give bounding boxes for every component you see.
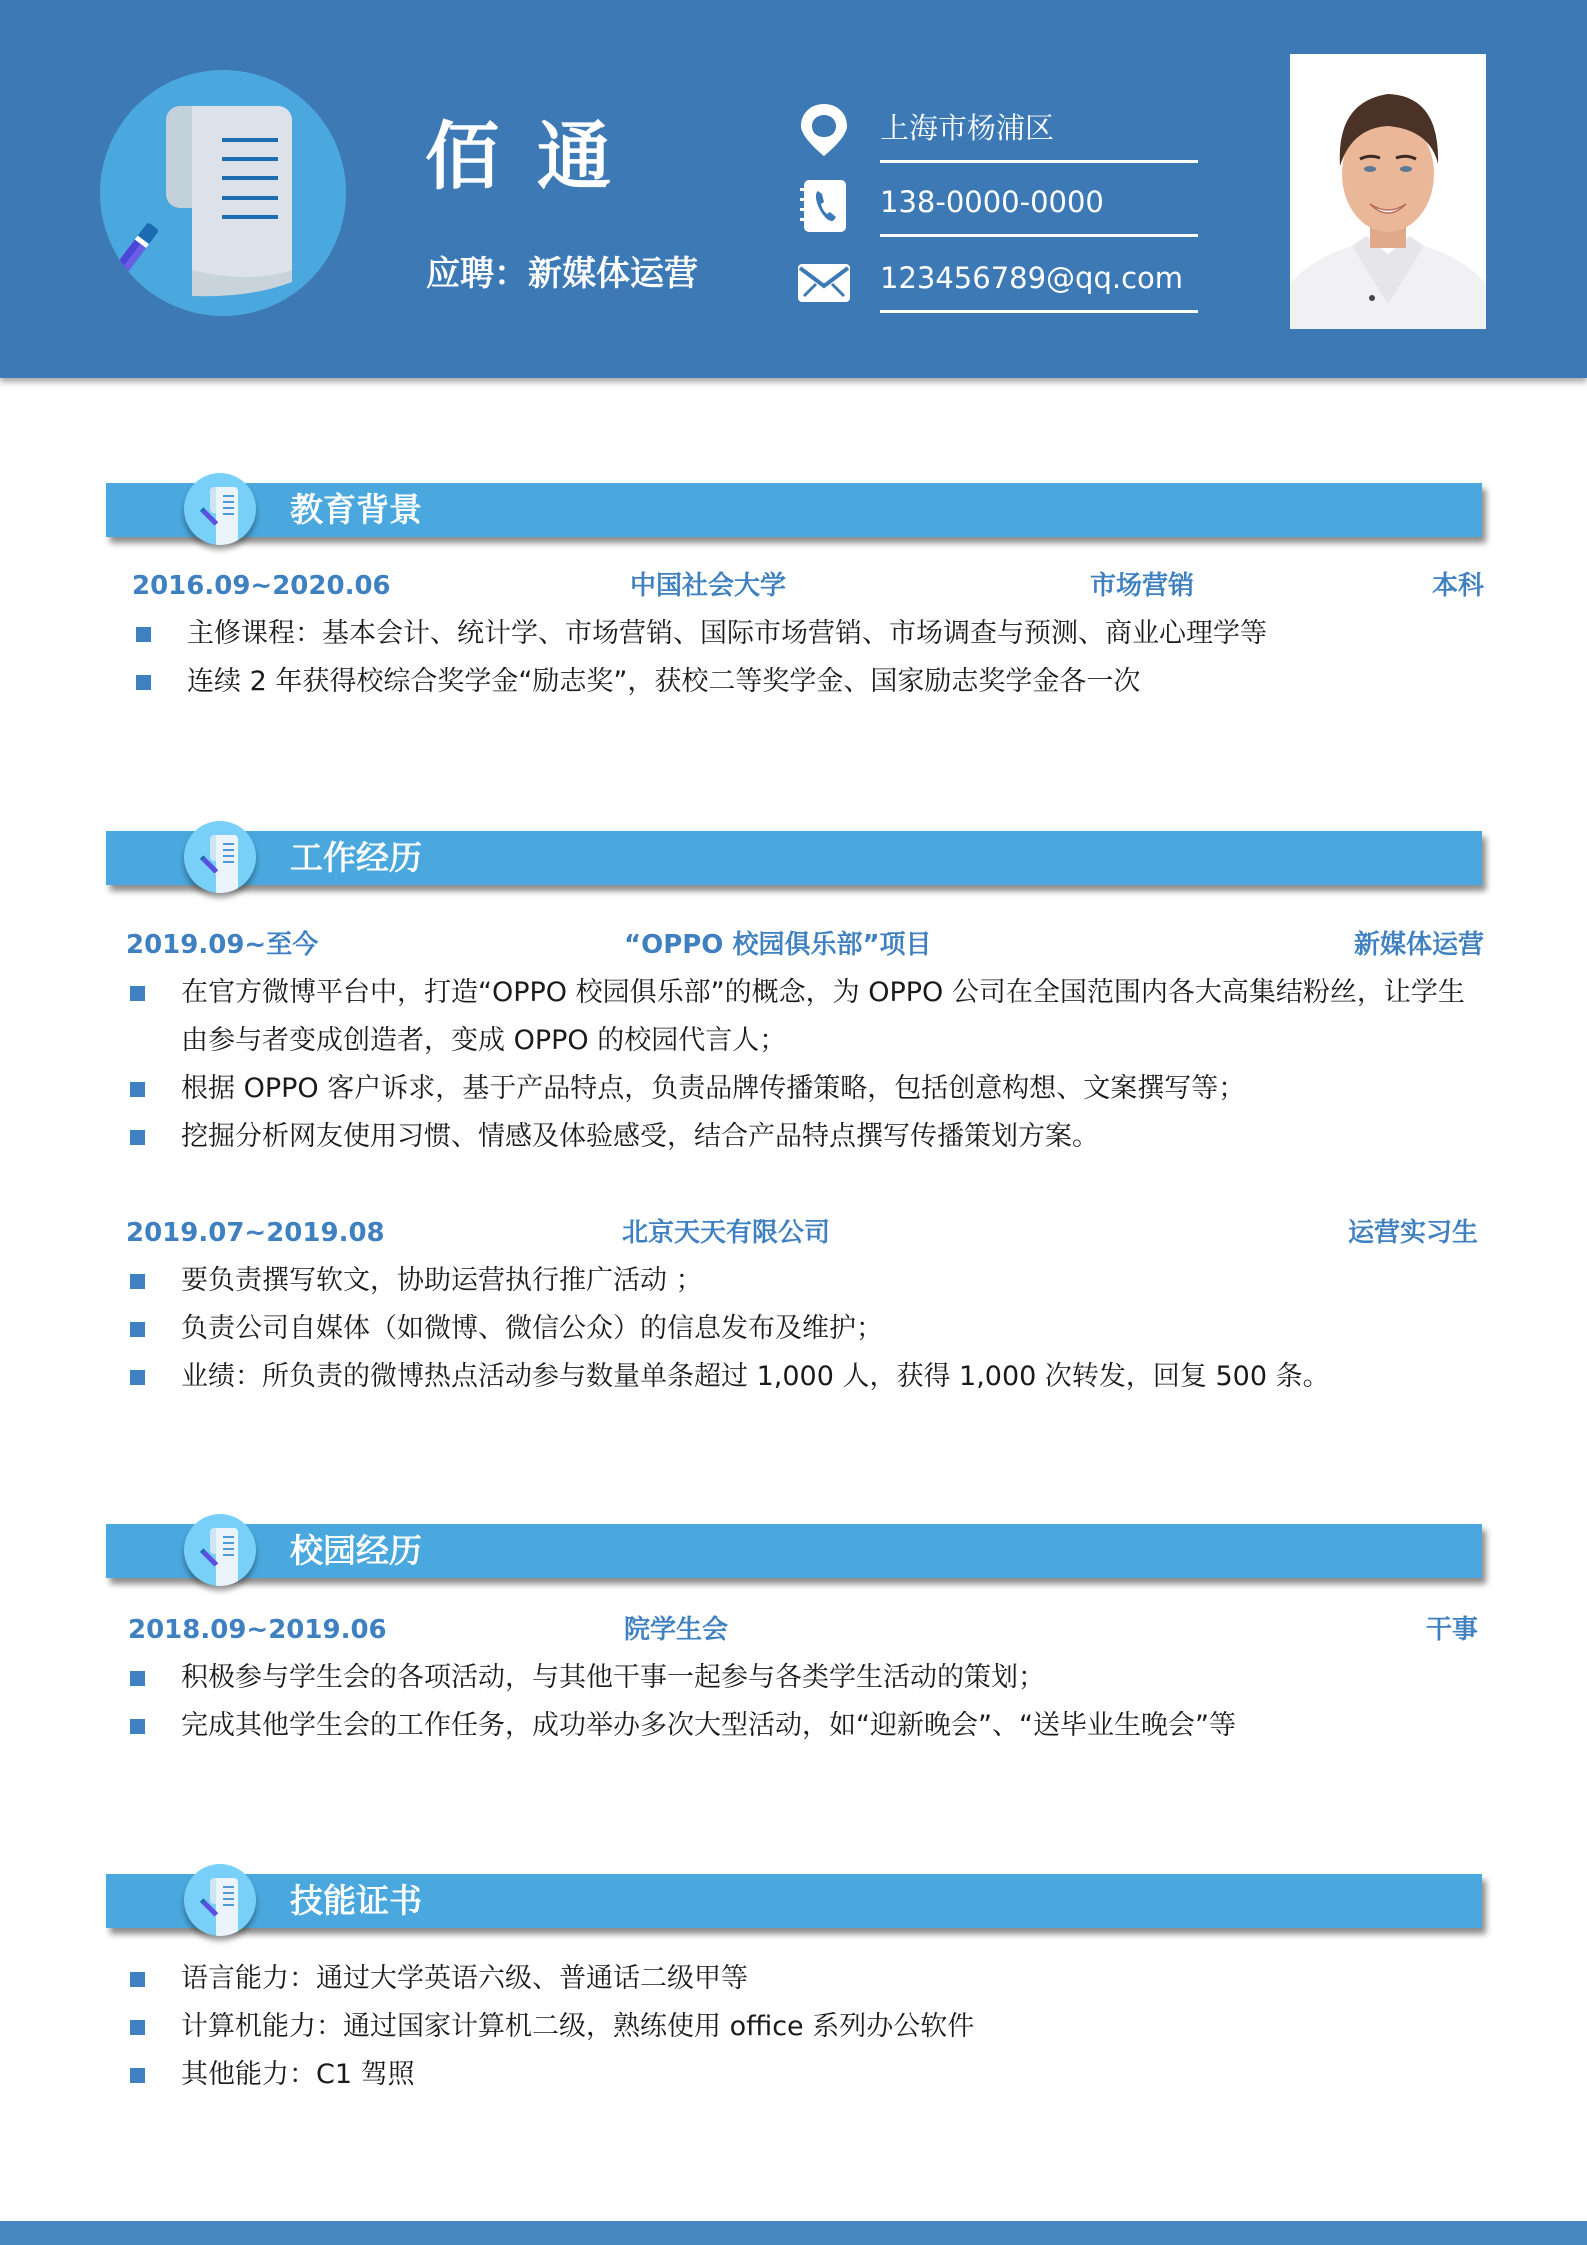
bullet-square-icon: [136, 675, 151, 690]
bullet-square-icon: [130, 1671, 145, 1686]
bullet-square-icon: [130, 1274, 145, 1289]
section-title-work: 工作经历: [290, 831, 422, 885]
list-item: 其他能力：C1 驾照: [128, 2051, 1488, 2099]
education-major: 市场营销: [1090, 566, 1194, 606]
education-period: 2016.09~2020.06: [132, 566, 391, 606]
campus-entry-head: 2018.09~2019.06 院学生会 干事: [126, 1610, 1484, 1650]
email-underline: [880, 310, 1198, 313]
list-item: 挖掘分析网友使用习惯、情感及体验感受，结合产品特点撰写传播策划方案。: [128, 1113, 1488, 1161]
list-item: 完成其他学生会的工作任务，成功举办多次大型活动，如“迎新晚会”、“送毕业生晚会”…: [128, 1702, 1488, 1750]
job-objective: 应聘：新媒体运营: [426, 251, 698, 297]
list-item: 连续 2 年获得校综合奖学金“励志奖”，获校二等奖学金、国家励志奖学金各一次: [134, 658, 1494, 706]
phone-text: 138-0000-0000: [880, 182, 1104, 222]
bullet-square-icon: [130, 1972, 145, 1987]
email-text: 123456789@qq.com: [880, 258, 1183, 298]
work-entry-head: 2019.07~2019.08 北京天天有限公司 运营实习生: [126, 1213, 1484, 1253]
bullet-square-icon: [136, 627, 151, 642]
section-document-icon: [184, 1864, 256, 1936]
envelope-icon: [796, 256, 852, 312]
campus-org: 院学生会: [624, 1610, 728, 1650]
list-item: 根据 OPPO 客户诉求，基于产品特点，负责品牌传播策略，包括创意构想、文案撰写…: [128, 1065, 1488, 1113]
phone-underline: [880, 234, 1198, 237]
bullet-square-icon: [130, 1322, 145, 1337]
education-bullets: 主修课程：基本会计、统计学、市场营销、国际市场营销、市场调查与预测、商业心理学等…: [134, 610, 1494, 706]
list-item: 业绩：所负责的微博热点活动参与数量单条超过 1,000 人，获得 1,000 次…: [128, 1353, 1488, 1401]
section-title-campus: 校园经历: [290, 1524, 422, 1578]
work-period: 2019.09~至今: [126, 925, 318, 965]
profile-photo: [1290, 54, 1486, 329]
list-item: 要负责撰写软文，协助运营执行推广活动 ；: [128, 1257, 1488, 1305]
list-item: 主修课程：基本会计、统计学、市场营销、国际市场营销、市场调查与预测、商业心理学等: [134, 610, 1494, 658]
work-bullets-1: 在官方微博平台中，打造“OPPO 校园俱乐部”的概念，为 OPPO 公司在全国范…: [128, 969, 1488, 1161]
contact-phone: 138-0000-0000: [796, 172, 1198, 242]
list-item: 积极参与学生会的各项活动，与其他干事一起参与各类学生活动的策划；: [128, 1654, 1488, 1702]
candidate-name: 佰通: [425, 112, 649, 202]
contact-email: 123456789@qq.com: [796, 248, 1198, 318]
address-underline: [880, 160, 1198, 163]
bullet-square-icon: [130, 1082, 145, 1097]
education-degree: 本科: [1432, 566, 1484, 606]
list-item: 计算机能力：通过国家计算机二级，熟练使用 office 系列办公软件: [128, 2003, 1488, 2051]
document-pencil-icon: [100, 70, 346, 316]
section-title-skills: 技能证书: [290, 1874, 422, 1928]
campus-role: 干事: [1426, 1610, 1478, 1650]
work-org: “OPPO 校园俱乐部”项目: [624, 925, 932, 965]
location-pin-icon: [796, 102, 852, 158]
bullet-square-icon: [130, 1719, 145, 1734]
section-title-education: 教育背景: [290, 483, 422, 537]
campus-bullets: 积极参与学生会的各项活动，与其他干事一起参与各类学生活动的策划； 完成其他学生会…: [128, 1654, 1488, 1750]
resume-header: 佰通 应聘：新媒体运营 上海市杨浦区 138-0000-0000 1234567…: [0, 0, 1587, 378]
education-school: 中国社会大学: [630, 566, 786, 606]
contact-address: 上海市杨浦区: [796, 98, 1198, 168]
bullet-square-icon: [130, 1130, 145, 1145]
campus-period: 2018.09~2019.06: [128, 1610, 387, 1650]
skills-bullets: 语言能力：通过大学英语六级、普通话二级甲等 计算机能力：通过国家计算机二级，熟练…: [128, 1955, 1488, 2099]
bullet-square-icon: [130, 2020, 145, 2035]
bullet-square-icon: [130, 1370, 145, 1385]
list-item: 在官方微博平台中，打造“OPPO 校园俱乐部”的概念，为 OPPO 公司在全国范…: [128, 969, 1488, 1065]
work-org: 北京天天有限公司: [622, 1213, 830, 1253]
list-item: 负责公司自媒体（如微博、微信公众）的信息发布及维护；: [128, 1305, 1488, 1353]
section-document-icon: [184, 821, 256, 893]
bullet-square-icon: [130, 986, 145, 1001]
bullet-square-icon: [130, 2068, 145, 2083]
section-document-icon: [184, 1514, 256, 1586]
work-period: 2019.07~2019.08: [126, 1213, 385, 1253]
work-role: 新媒体运营: [1354, 925, 1484, 965]
work-role: 运营实习生: [1348, 1213, 1478, 1253]
section-document-icon: [184, 473, 256, 545]
footer-bar: [0, 2221, 1587, 2245]
phone-book-icon: [796, 178, 852, 234]
list-item: 语言能力：通过大学英语六级、普通话二级甲等: [128, 1955, 1488, 2003]
work-bullets-2: 要负责撰写软文，协助运营执行推广活动 ； 负责公司自媒体（如微博、微信公众）的信…: [128, 1257, 1488, 1401]
work-entry-head: 2019.09~至今 “OPPO 校园俱乐部”项目 新媒体运营: [126, 925, 1484, 965]
education-entry-head: 2016.09~2020.06 中国社会大学 市场营销 本科: [126, 566, 1484, 606]
address-text: 上海市杨浦区: [880, 108, 1054, 148]
